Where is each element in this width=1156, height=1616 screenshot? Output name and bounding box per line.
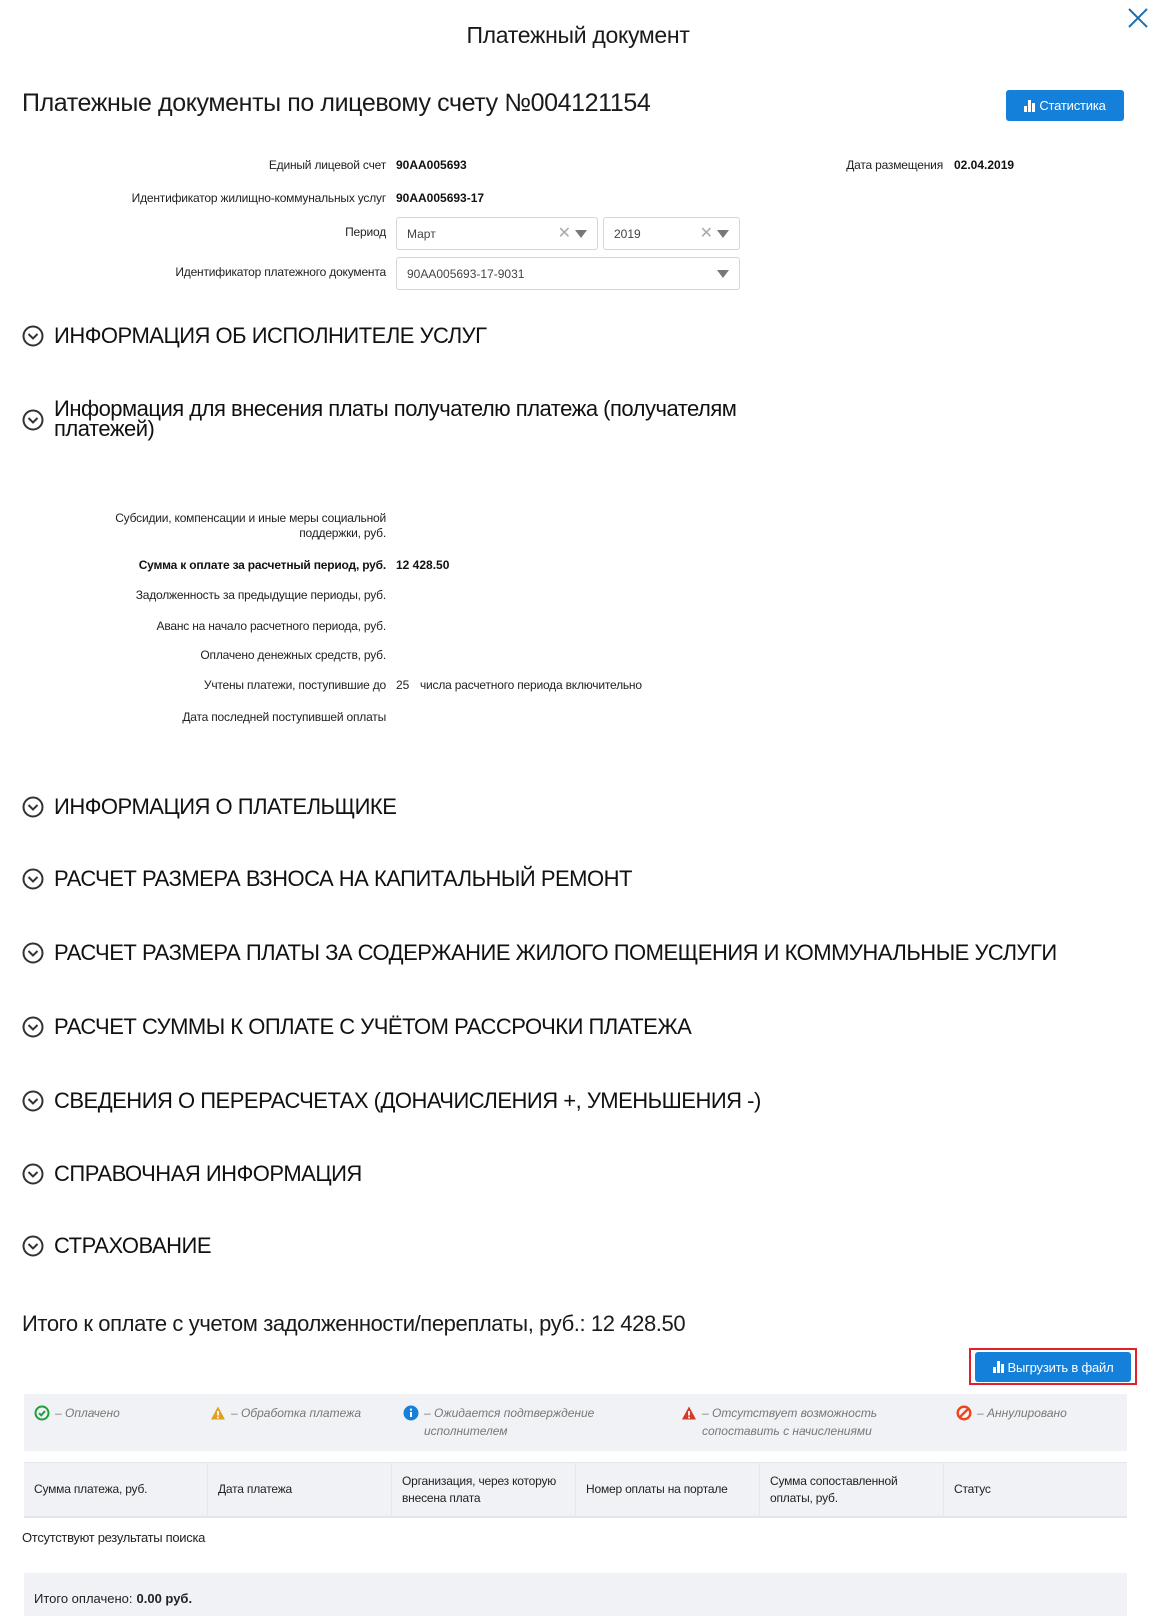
section-title: Информация для внесения платы получателю… [54, 399, 754, 439]
amount-label: Сумма к оплате за расчетный период, руб. [90, 558, 386, 572]
close-button[interactable] [1124, 4, 1152, 32]
section-insurance[interactable]: СТРАХОВАНИЕ [22, 1233, 211, 1259]
statistics-button[interactable]: Статистика [1006, 90, 1124, 121]
empty-results-message: Отсутствуют результаты поиска [22, 1530, 205, 1545]
section-title: РАСЧЕТ СУММЫ К ОПЛАТЕ С УЧЁТОМ РАССРОЧКИ… [54, 1014, 691, 1040]
service-id-value: 90АА005693-17 [396, 191, 484, 205]
period-year-value: 2019 [614, 227, 700, 241]
period-month-value: Март [407, 227, 558, 241]
period-label: Период [90, 225, 386, 239]
section-installments[interactable]: РАСЧЕТ СУММЫ К ОПЛАТЕ С УЧЁТОМ РАССРОЧКИ… [22, 1014, 691, 1040]
dropdown-caret-icon [575, 230, 587, 238]
account-value: 90АА005693 [396, 158, 467, 172]
section-title: РАСЧЕТ РАЗМЕРА ПЛАТЫ ЗА СОДЕРЖАНИЕ ЖИЛОГ… [54, 940, 1057, 966]
section-title: СТРАХОВАНИЕ [54, 1233, 211, 1259]
warning-triangle-icon [210, 1405, 226, 1421]
debt-label: Задолженность за предыдущие периоды, руб… [90, 588, 386, 602]
column-header-status[interactable]: Статус [944, 1463, 1127, 1516]
chevron-down-circle-icon [22, 942, 44, 964]
amount-value: 12 428.50 [396, 558, 449, 572]
accounted-label: Учтены платежи, поступившие до [90, 678, 386, 692]
legend-item-paid: – Оплачено [34, 1404, 120, 1422]
total-paid-bar: Итого оплачено: 0.00 руб. [24, 1573, 1127, 1616]
bar-chart-icon [1024, 100, 1035, 112]
cancel-circle-icon [956, 1405, 972, 1421]
modal-title: Платежный документ [0, 22, 1156, 49]
legend-item-cancelled: – Аннулировано [956, 1404, 1067, 1422]
chevron-down-circle-icon [22, 409, 44, 431]
dropdown-caret-icon [717, 270, 729, 278]
section-recalculations[interactable]: СВЕДЕНИЯ О ПЕРЕРАСЧЕТАХ (ДОНАЧИСЛЕНИЯ +,… [22, 1088, 761, 1114]
last-payment-label: Дата последней поступившей оплаты [90, 710, 386, 724]
export-to-file-button[interactable]: Выгрузить в файл [975, 1352, 1131, 1382]
column-header-date[interactable]: Дата платежа [208, 1463, 392, 1516]
accounted-day: 25 [396, 678, 409, 692]
accounted-suffix: числа расчетного периода включительно [420, 678, 642, 692]
section-executor[interactable]: ИНФОРМАЦИЯ ОБ ИСПОЛНИТЕЛЕ УСЛУГ [22, 323, 487, 349]
doc-id-label: Идентификатор платежного документа [90, 265, 386, 279]
info-circle-icon [403, 1405, 419, 1421]
page-title: Платежные документы по лицевому счету №0… [22, 89, 650, 118]
section-title: СПРАВОЧНАЯ ИНФОРМАЦИЯ [54, 1161, 362, 1187]
check-circle-icon [34, 1405, 50, 1421]
total-paid-value: 0.00 руб. [137, 1591, 193, 1606]
chevron-down-circle-icon [22, 868, 44, 890]
period-year-select[interactable]: 2019 ✕ [603, 217, 740, 250]
export-button-label: Выгрузить в файл [1008, 1360, 1114, 1375]
paid-label: Оплачено денежных средств, руб. [90, 648, 386, 662]
chevron-down-circle-icon [22, 796, 44, 818]
doc-id-select[interactable]: 90АА005693-17-9031 [396, 257, 740, 290]
placement-date-label: Дата размещения [820, 158, 943, 172]
section-title: СВЕДЕНИЯ О ПЕРЕРАСЧЕТАХ (ДОНАЧИСЛЕНИЯ +,… [54, 1088, 761, 1114]
chevron-down-circle-icon [22, 1016, 44, 1038]
bar-chart-icon [993, 1361, 1004, 1373]
column-header-organization[interactable]: Организация, через которую внесена плата [392, 1463, 576, 1516]
statistics-button-label: Статистика [1039, 98, 1105, 113]
legend-item-awaiting: – Ожидается подтверждение исполнителем [403, 1404, 603, 1440]
column-header-portal-number[interactable]: Номер оплаты на портале [576, 1463, 760, 1516]
total-paid-label: Итого оплачено: [34, 1591, 133, 1606]
section-title: РАСЧЕТ РАЗМЕРА ВЗНОСА НА КАПИТАЛЬНЫЙ РЕМ… [54, 866, 632, 892]
close-icon [1124, 4, 1152, 32]
section-reference[interactable]: СПРАВОЧНАЯ ИНФОРМАЦИЯ [22, 1161, 362, 1187]
total-to-pay: Итого к оплате с учетом задолженности/пе… [22, 1311, 685, 1337]
legend-item-cannot-match: – Отсутствует возможность сопоставить с … [681, 1404, 901, 1440]
section-capital-repair[interactable]: РАСЧЕТ РАЗМЕРА ВЗНОСА НА КАПИТАЛЬНЫЙ РЕМ… [22, 866, 632, 892]
clear-icon[interactable]: ✕ [700, 226, 713, 242]
account-label: Единый лицевой счет [90, 158, 386, 172]
legend-item-processing: – Обработка платежа [210, 1404, 361, 1422]
column-header-amount[interactable]: Сумма платежа, руб. [24, 1463, 208, 1516]
section-payment-info[interactable]: Информация для внесения платы получателю… [22, 399, 754, 439]
chevron-down-circle-icon [22, 325, 44, 347]
chevron-down-circle-icon [22, 1235, 44, 1257]
chevron-down-circle-icon [22, 1163, 44, 1185]
section-payer[interactable]: ИНФОРМАЦИЯ О ПЛАТЕЛЬЩИКЕ [22, 794, 396, 820]
section-title: ИНФОРМАЦИЯ ОБ ИСПОЛНИТЕЛЕ УСЛУГ [54, 323, 487, 349]
status-legend: – Оплачено – Обработка платежа – Ожидает… [24, 1394, 1127, 1451]
clear-icon[interactable]: ✕ [558, 226, 571, 242]
doc-id-value: 90АА005693-17-9031 [407, 267, 715, 281]
payments-table: Сумма платежа, руб. Дата платежа Организ… [24, 1462, 1127, 1518]
section-title: ИНФОРМАЦИЯ О ПЛАТЕЛЬЩИКЕ [54, 794, 396, 820]
column-header-matched-amount[interactable]: Сумма сопоставленной оплаты, руб. [760, 1463, 944, 1516]
advance-label: Аванс на начало расчетного периода, руб. [90, 619, 386, 633]
service-id-label: Идентификатор жилищно-коммунальных услуг [60, 191, 386, 205]
subsidies-label: Субсидии, компенсации и иные меры социал… [90, 511, 386, 541]
chevron-down-circle-icon [22, 1090, 44, 1112]
placement-date-value: 02.04.2019 [954, 158, 1014, 172]
dropdown-caret-icon [717, 230, 729, 238]
section-housing-utilities[interactable]: РАСЧЕТ РАЗМЕРА ПЛАТЫ ЗА СОДЕРЖАНИЕ ЖИЛОГ… [22, 940, 1057, 966]
warning-triangle-red-icon [681, 1405, 697, 1421]
period-month-select[interactable]: Март ✕ [396, 217, 598, 250]
